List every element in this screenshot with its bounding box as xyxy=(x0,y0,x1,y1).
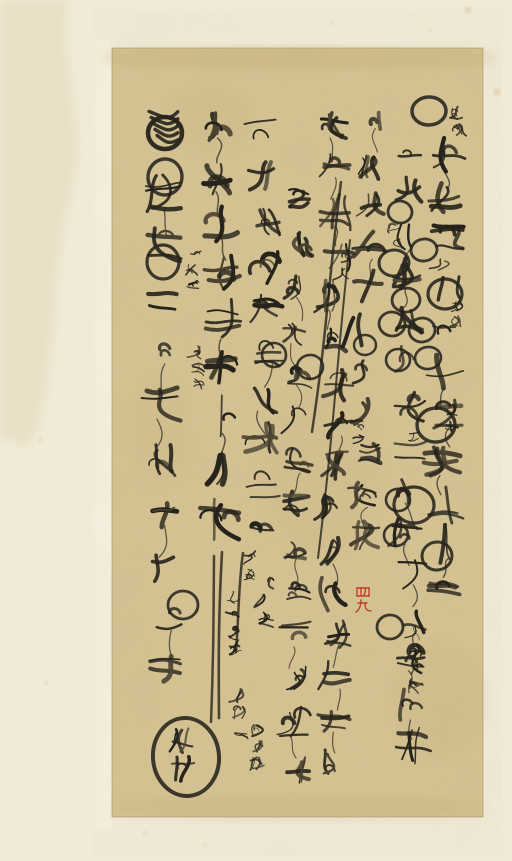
foxing-spot xyxy=(38,438,42,442)
foxing-spot xyxy=(203,843,207,847)
foxing-spot xyxy=(330,21,334,25)
paper-stain xyxy=(110,795,490,821)
foxing-spot xyxy=(44,681,48,685)
foxing-spot xyxy=(143,831,147,835)
manuscript-artwork xyxy=(0,0,512,861)
foxing-spot xyxy=(465,7,471,13)
scanned-manuscript xyxy=(0,0,512,861)
foxing-spot xyxy=(494,89,500,95)
mount-highlight-strip xyxy=(94,40,112,830)
foxing-spot xyxy=(428,28,432,32)
paper-stain xyxy=(100,46,500,70)
